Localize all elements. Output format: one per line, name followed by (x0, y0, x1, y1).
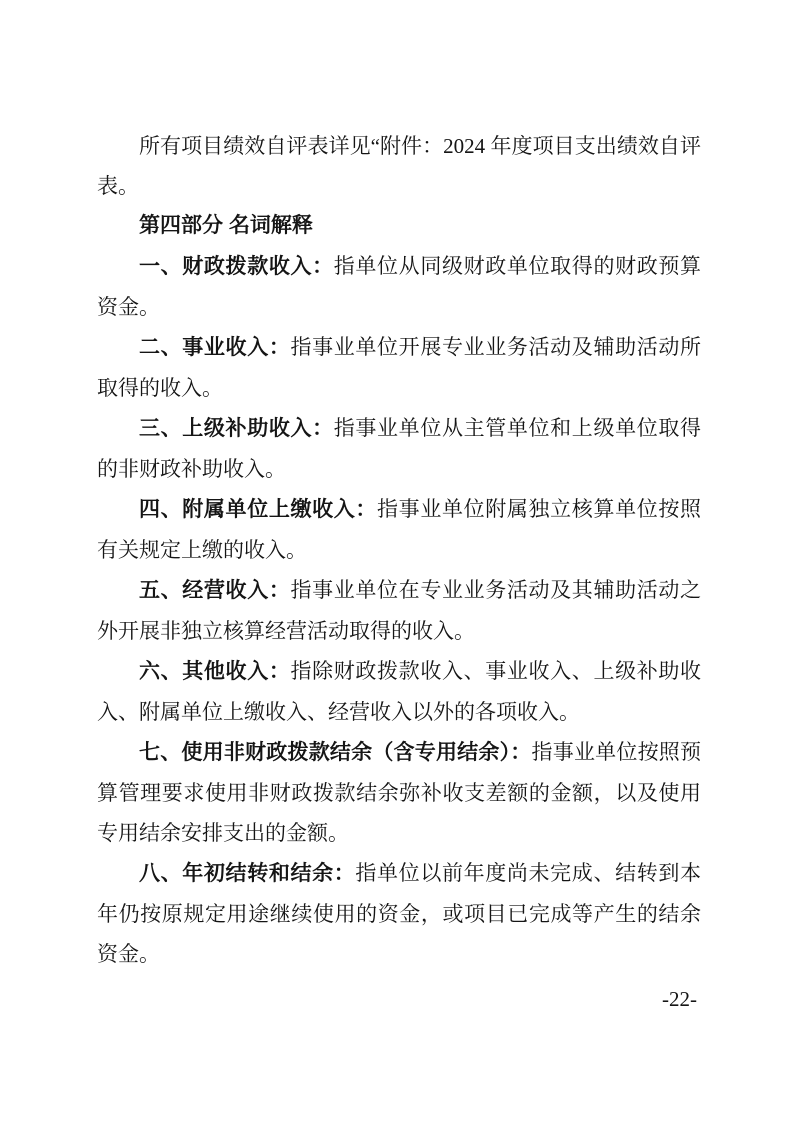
glossary-item: 五、经营收入：指事业单位在专业业务活动及其辅助活动之外开展非独立核算经营活动取得… (97, 570, 701, 651)
glossary-item: 二、事业收入：指事业单位开展专业业务活动及辅助活动所取得的收入。 (97, 327, 701, 408)
term-label: 五、经营收入： (139, 579, 290, 602)
intro-paragraph: 所有项目绩效自评表详见“附件：2024 年度项目支出绩效自评表。 (97, 126, 701, 206)
term-label: 七、使用非财政拨款结余（含专用结余）： (139, 741, 532, 764)
term-label: 六、其他收入： (139, 660, 290, 683)
section-heading: 第四部分 名词解释 (97, 206, 701, 246)
term-label: 一、财政拨款收入： (139, 255, 334, 278)
glossary-item: 三、上级补助收入：指事业单位从主管单位和上级单位取得的非财政补助收入。 (97, 408, 701, 489)
term-label: 三、上级补助收入： (139, 417, 334, 440)
glossary-item: 一、财政拨款收入：指单位从同级财政单位取得的财政预算资金。 (97, 246, 701, 327)
glossary-item: 七、使用非财政拨款结余（含专用结余）：指事业单位按照预算管理要求使用非财政拨款结… (97, 732, 701, 853)
glossary-item: 八、年初结转和结余：指单位以前年度尚未完成、结转到本年仍按原规定用途继续使用的资… (97, 853, 701, 974)
glossary-item: 四、附属单位上缴收入：指事业单位附属独立核算单位按照有关规定上缴的收入。 (97, 489, 701, 570)
document-page: 所有项目绩效自评表详见“附件：2024 年度项目支出绩效自评表。 第四部分 名词… (0, 0, 793, 1122)
term-label: 二、事业收入： (139, 336, 290, 359)
page-content: 所有项目绩效自评表详见“附件：2024 年度项目支出绩效自评表。 第四部分 名词… (97, 126, 701, 974)
glossary-item: 六、其他收入：指除财政拨款收入、事业收入、上级补助收入、附属单位上缴收入、经营收… (97, 651, 701, 732)
term-label: 八、年初结转和结余： (139, 862, 355, 885)
term-label: 四、附属单位上缴收入： (139, 498, 377, 521)
page-number: -22- (662, 984, 697, 1014)
